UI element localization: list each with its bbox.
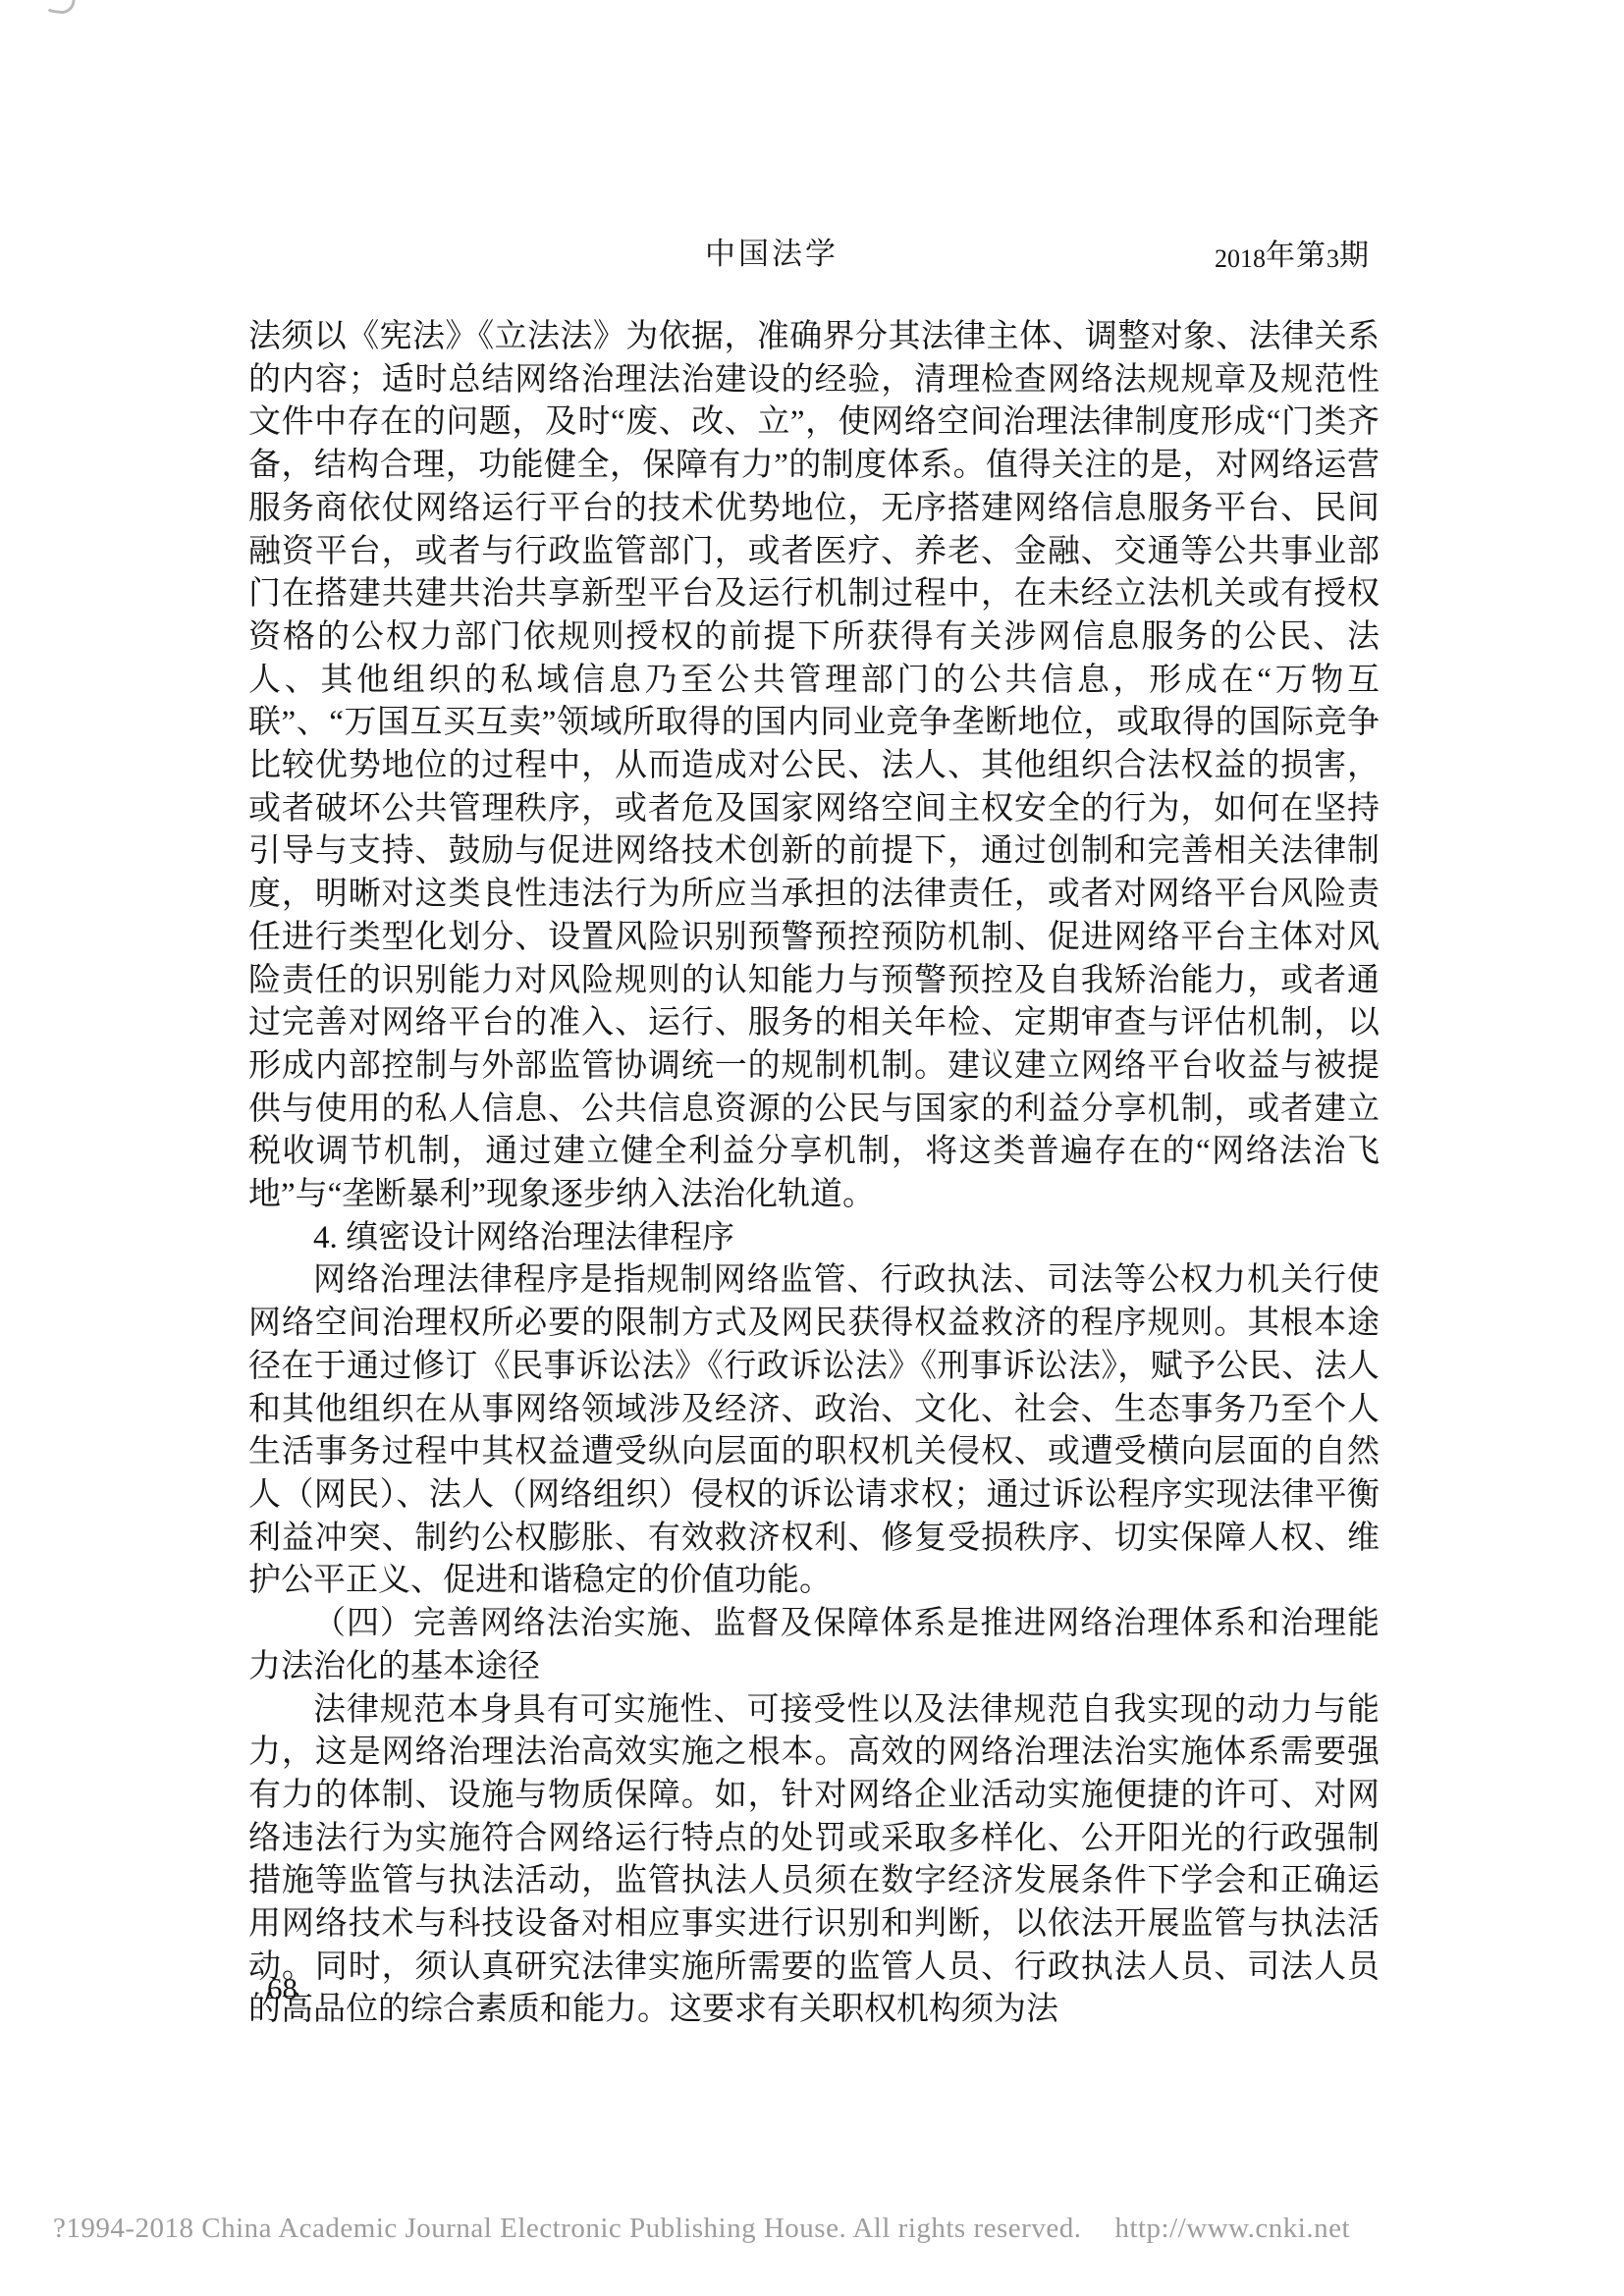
- issue-number: 3: [1326, 244, 1339, 273]
- scanned-journal-page: { "header": { "journal_title": "中国法学", "…: [0, 0, 1624, 2296]
- paragraph-legal-procedure: 网络治理法律程序是指规制网络监管、行政执法、司法等公权力机关行使网络空间治理权所…: [248, 1259, 1380, 1603]
- paragraph-continuation: 法须以《宪法》《立法法》为依据，准确界分其法律主体、调整对象、法律关系的内容；适…: [248, 316, 1380, 1217]
- scan-footer: ?1994-2018 China Academic Journal Electr…: [53, 2213, 1350, 2245]
- article-body: 法须以《宪法》《立法法》为依据，准确界分其法律主体、调整对象、法律关系的内容；适…: [248, 316, 1380, 2032]
- issue-year: 2018: [1215, 244, 1266, 273]
- issue-end-label: 期: [1339, 240, 1370, 272]
- footer-copyright: ?1994-2018 China Academic Journal Electr…: [53, 2213, 1081, 2244]
- section-heading-4: 4. 缜密设计网络治理法律程序: [248, 1217, 1380, 1260]
- section-heading-si: （四）完善网络法治实施、监督及保障体系是推进网络治理体系和治理能力法治化的基本途…: [248, 1603, 1380, 1688]
- issue-mid-label: 年第: [1266, 240, 1326, 272]
- issue-info: 2018年第3期: [1215, 231, 1370, 274]
- paragraph-implementation: 法律规范本身具有可实施性、可接受性以及法律规范自我实现的动力与能力，这是网络治理…: [248, 1689, 1380, 2033]
- journal-title: 中国法学: [705, 229, 839, 273]
- page-number: 68: [267, 1971, 298, 2006]
- scan-artifact-mark: [46, 0, 77, 16]
- page-header: 中国法学 2018年第3期: [248, 229, 1380, 272]
- footer-url: http://www.cnki.net: [1114, 2213, 1350, 2244]
